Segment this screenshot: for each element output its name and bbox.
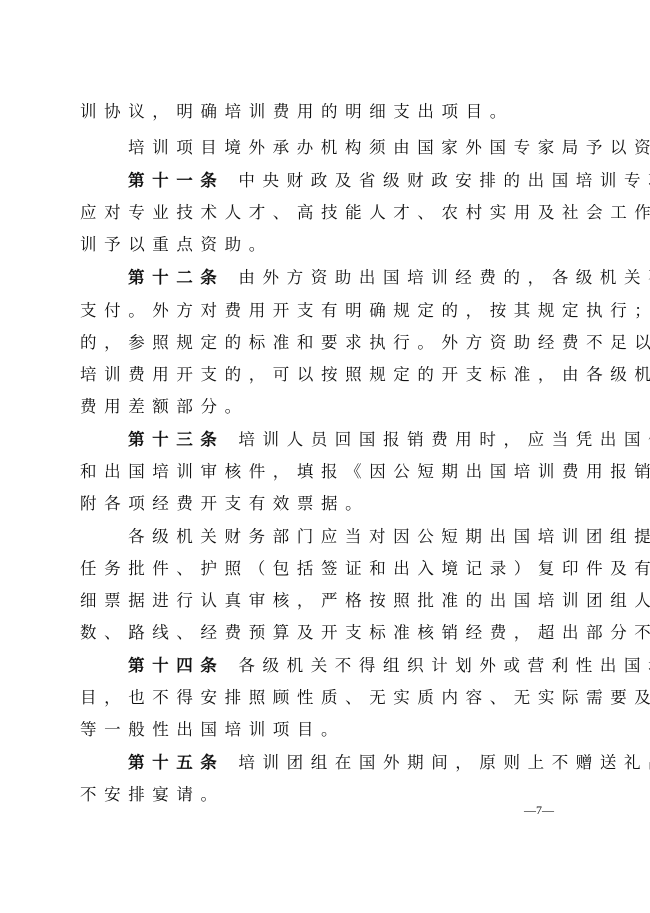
text-line: 训协议，明确培训费用的明细支出项目。 — [80, 102, 570, 122]
article-paragraph: 第十四条各级机关不得组织计划外或营利性出国培训项 — [128, 656, 570, 676]
text-line: 各级机关财务部门应当对因公短期出国培训团组提供的出国 — [128, 527, 570, 547]
text-line: 等一般性出国培训项目。 — [80, 720, 570, 740]
document-page: 训协议，明确培训费用的明细支出项目。 培训项目境外承办机构须由国家外国专家局予以… — [0, 0, 650, 913]
text-line: 支付。外方对费用开支有明确规定的，按其规定执行；没有规定 — [80, 301, 570, 321]
text-line: 训予以重点资助。 — [80, 235, 570, 255]
article-paragraph: 第十二条由外方资助出国培训经费的，各级机关不得重复 — [128, 268, 570, 288]
article-heading: 第十一条 — [128, 171, 224, 190]
text-line: 附各项经费开支有效票据。 — [80, 494, 570, 514]
text-line: 的，参照规定的标准和要求执行。外方资助经费不足以弥补规定 — [80, 333, 570, 353]
text-line: 应对专业技术人才、高技能人才、农村实用及社会工作人才类培 — [80, 203, 570, 223]
text-line: 数、路线、经费预算及开支标准核销经费，超出部分不得核销。 — [80, 623, 570, 643]
article-heading: 第十四条 — [128, 656, 224, 675]
page-number: —7— — [524, 803, 554, 818]
article-text: 培训人员回国报销费用时，应当凭出国任务批件 — [238, 430, 650, 449]
article-paragraph: 第十三条培训人员回国报销费用时，应当凭出国任务批件 — [128, 430, 570, 450]
text-line: 任务批件、护照（包括签证和出入境记录）复印件及有效费用明 — [80, 559, 570, 579]
text-line: 费用差额部分。 — [80, 397, 570, 417]
text-line: 培训费用开支的，可以按照规定的开支标准，由各级机关补足其 — [80, 365, 570, 385]
text-line: 培训项目境外承办机构须由国家外国专家局予以资格认定。 — [128, 138, 570, 158]
article-text: 培训团组在国外期间，原则上不赠送礼品，一律 — [238, 753, 650, 772]
article-text: 由外方资助出国培训经费的，各级机关不得重复 — [238, 268, 650, 287]
article-paragraph: 第十五条培训团组在国外期间，原则上不赠送礼品，一律 — [128, 753, 570, 773]
article-paragraph: 第十一条中央财政及省级财政安排的出国培训专项经费， — [128, 171, 570, 191]
text-line: 目，也不得安排照顾性质、无实质内容、无实际需要及参观考察 — [80, 688, 570, 708]
text-line: 细票据进行认真审核，严格按照批准的出国培训团组人员、天 — [80, 591, 570, 611]
article-text: 中央财政及省级财政安排的出国培训专项经费， — [238, 171, 650, 190]
article-text: 各级机关不得组织计划外或营利性出国培训项 — [238, 656, 650, 675]
article-heading: 第十三条 — [128, 430, 224, 449]
article-heading: 第十五条 — [128, 753, 224, 772]
text-line: 和出国培训审核件，填报《因公短期出国培训费用报销单》，并 — [80, 462, 570, 482]
article-heading: 第十二条 — [128, 268, 224, 287]
text-line: 不安排宴请。 — [80, 785, 570, 805]
